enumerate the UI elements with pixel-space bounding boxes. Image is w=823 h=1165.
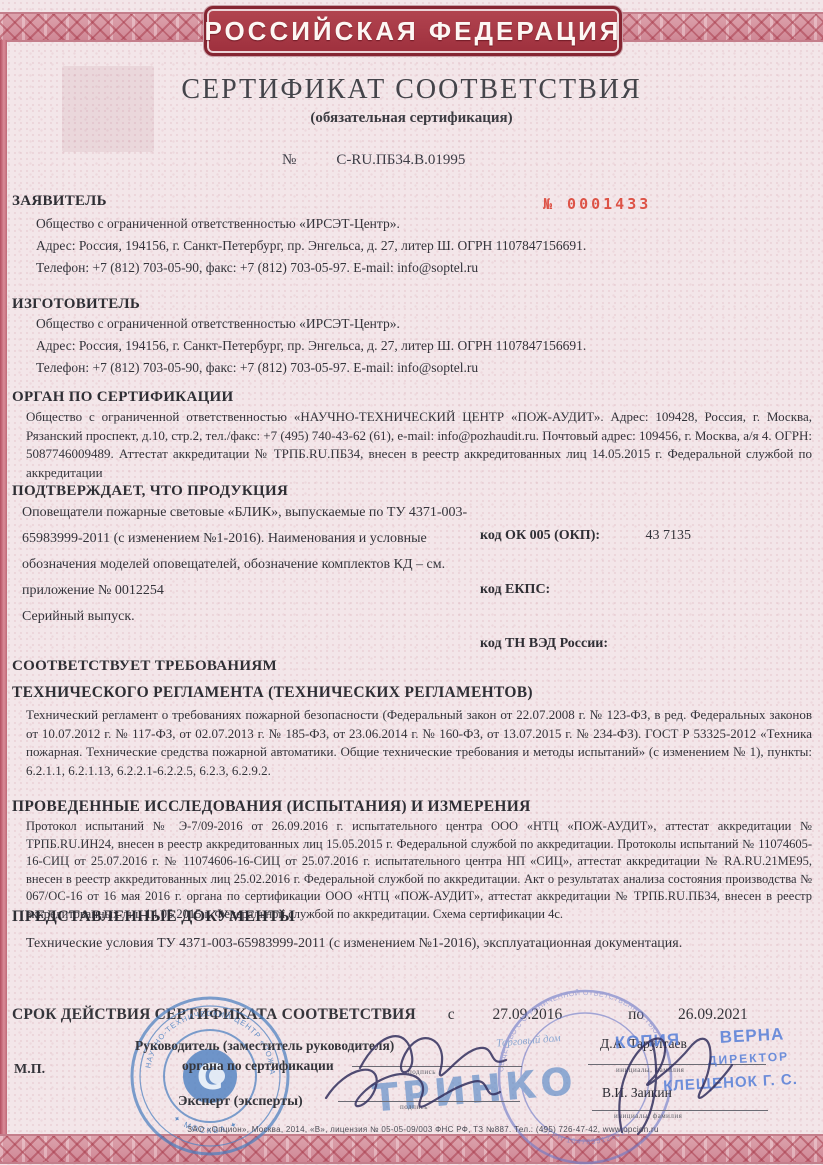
document-subtitle: (обязательная сертификация) <box>0 110 823 127</box>
left-edge-stripe <box>0 40 7 1134</box>
copy-verification-stamp: КОПИЯ ВЕРНА ДИРЕКТОР КЛЕЩЕНОК Г. С. <box>614 1021 821 1101</box>
applicant-line: Общество с ограниченной ответственностью… <box>36 213 812 235</box>
product-serial: Серийный выпуск. <box>22 604 474 630</box>
federation-banner-text: РОССИЙСКАЯ ФЕДЕРАЦИЯ <box>204 16 621 47</box>
validity-to-word: по <box>628 1006 644 1023</box>
applicant-heading: ЗАЯВИТЕЛЬ <box>12 193 812 210</box>
section-tests: ПРОВЕДЕННЫЕ ИССЛЕДОВАНИЯ (ИСПЫТАНИЯ) И И… <box>12 798 812 923</box>
okp-code-value: 43 7135 <box>646 528 692 543</box>
documents-heading: ПРЕДСТАВЛЕННЫЕ ДОКУМЕНТЫ <box>12 908 812 926</box>
head-signer-label-line2: органа по сертификации <box>182 1058 334 1074</box>
documents-text: Технические условия ТУ 4371-003-65983999… <box>26 932 812 955</box>
section-manufacturer: ИЗГОТОВИТЕЛЬ Общество с ограниченной отв… <box>12 296 812 379</box>
certificate-number-label: № <box>282 152 296 168</box>
middle-seal-label: Торговый дом <box>496 1032 561 1050</box>
product-heading: ПОДТВЕРЖДАЕТ, ЧТО ПРОДУКЦИЯ <box>12 483 812 500</box>
section-applicant: ЗАЯВИТЕЛЬ Общество с ограниченной ответс… <box>12 193 812 279</box>
expert-name-caption: инициалы, фамилия <box>614 1112 682 1120</box>
okp-code-label: код ОК 005 (ОКП): <box>480 528 600 543</box>
mp-label: М.П. <box>14 1062 45 1078</box>
certificate-page: РОССИЙСКАЯ ФЕДЕРАЦИЯ СЕРТИФИКАТ СООТВЕТС… <box>0 0 823 1165</box>
expert-signer-label: Эксперт (эксперты) <box>178 1094 303 1110</box>
applicant-line: Адрес: Россия, 194156, г. Санкт-Петербур… <box>36 235 812 257</box>
requirements-heading-1: СООТВЕТСТВУЕТ ТРЕБОВАНИЯМ <box>12 658 812 675</box>
requirements-heading-2: ТЕХНИЧЕСКОГО РЕГЛАМЕНТА (ТЕХНИЧЕСКИХ РЕГ… <box>12 684 812 702</box>
federation-banner: РОССИЙСКАЯ ФЕДЕРАЦИЯ <box>204 6 622 56</box>
certificate-number-value: C-RU.ПБ34.В.01995 <box>336 152 465 168</box>
printer-imprint: ЗАО «Опцион», Москва, 2014, «В», лицензи… <box>118 1125 728 1134</box>
document-title: СЕРТИФИКАТ СООТВЕТСТВИЯ <box>0 74 823 106</box>
middle-seal-logo: ТРИНКО <box>371 1059 579 1121</box>
validity-from-date: 27.09.2016 <box>492 1006 562 1023</box>
requirements-text: Технический регламент о требованиях пожа… <box>26 706 812 780</box>
validity-to-date: 26.09.2021 <box>678 1006 748 1023</box>
section-product: ПОДТВЕРЖДАЕТ, ЧТО ПРОДУКЦИЯ Оповещатели … <box>12 483 812 630</box>
validity-from-word: с <box>448 1006 455 1023</box>
validity-heading: СРОК ДЕЙСТВИЯ СЕРТИФИКАТА СООТВЕТСТВИЯ <box>12 1006 416 1023</box>
copy-stamp-line3: КЛЕЩЕНОК Г. С. <box>663 1067 822 1098</box>
expert-signature-line <box>338 1101 520 1102</box>
product-description: Оповещатели пожарные световые «БЛИК», вы… <box>22 500 474 604</box>
certification-body-heading: ОРГАН ПО СЕРТИФИКАЦИИ <box>12 389 812 406</box>
tnved-code-label: код ТН ВЭД России: <box>480 636 608 651</box>
section-documents: ПРЕДСТАВЛЕННЫЕ ДОКУМЕНТЫ Технические усл… <box>12 908 812 955</box>
head-signature-caption: подпись <box>408 1068 436 1076</box>
product-codes: код ОК 005 (ОКП): 43 7135 код ЕКПС: код … <box>474 500 804 630</box>
head-signer-label-line1: Руководитель (заместитель руководителя) <box>135 1038 394 1054</box>
section-certification-body: ОРГАН ПО СЕРТИФИКАЦИИ Общество с огранич… <box>12 389 812 482</box>
certificate-number-row: №C-RU.ПБ34.В.01995 <box>282 152 465 169</box>
guilloche-band-bottom <box>0 1134 823 1164</box>
ekps-code-label: код ЕКПС: <box>480 582 550 597</box>
applicant-line: Телефон: +7 (812) 703-05-90, факс: +7 (8… <box>36 257 812 279</box>
section-requirements: СООТВЕТСТВУЕТ ТРЕБОВАНИЯМ ТЕХНИЧЕСКОГО Р… <box>12 658 812 780</box>
manufacturer-heading: ИЗГОТОВИТЕЛЬ <box>12 296 812 313</box>
manufacturer-line: Адрес: Россия, 194156, г. Санкт-Петербур… <box>36 335 812 357</box>
expert-signature-caption: подпись <box>400 1103 428 1111</box>
manufacturer-line: Общество с ограниченной ответственностью… <box>36 313 812 335</box>
tests-heading: ПРОВЕДЕННЫЕ ИССЛЕДОВАНИЯ (ИСПЫТАНИЯ) И И… <box>12 798 812 816</box>
validity-row: СРОК ДЕЙСТВИЯ СЕРТИФИКАТА СООТВЕТСТВИЯ с… <box>12 1006 748 1024</box>
head-signature-line <box>352 1066 522 1067</box>
expert-name-line <box>592 1110 768 1111</box>
certification-body-text: Общество с ограниченной ответственностью… <box>26 408 812 482</box>
manufacturer-line: Телефон: +7 (812) 703-05-90, факс: +7 (8… <box>36 357 812 379</box>
